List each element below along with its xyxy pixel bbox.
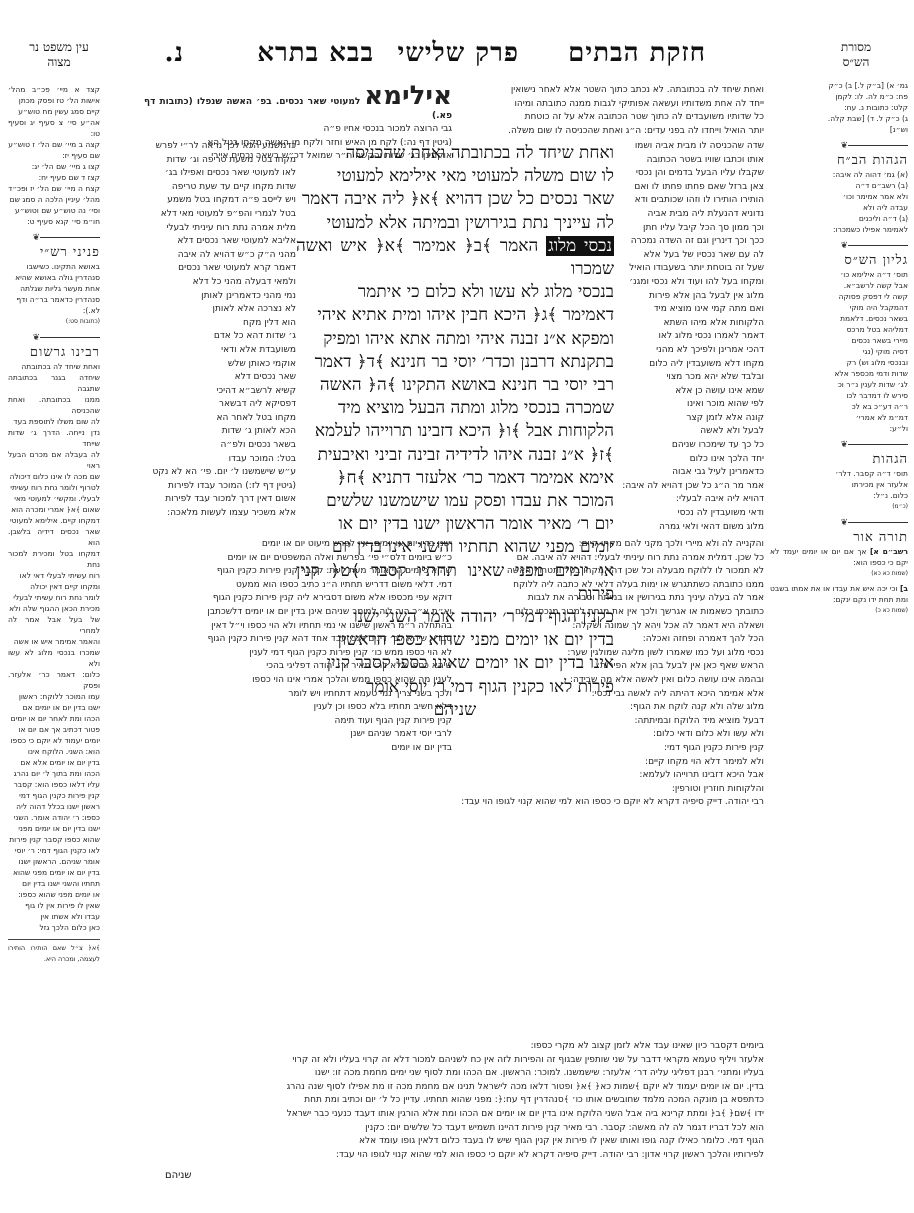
tosafot-line: ג׳ שדות דהא כל אדם: [144, 330, 296, 344]
ein-mishpat-entry: שם סעיף יז:: [8, 150, 100, 161]
gershom-line: עבדו ולא אשתו אין: [8, 911, 100, 922]
tosafot-line: כ״ש ביומים דלס״י פי׳ בפרשת ואלה המשפטים …: [144, 552, 452, 566]
torah-or-entry: רשב״ם א] אך אם יום או יומים יעמד לא יקם …: [770, 546, 908, 579]
tosafot-line: דפסיקא ליה דבשאר: [144, 398, 296, 412]
gemara-line: המוכר את עבדו ופסק עמו שישמשנו שלשים: [296, 490, 614, 513]
habach-entry: (ג) ד״ה וליכנים: [770, 213, 908, 224]
tosafot-line: קנין פירות קנין הגוף ועוד תימה: [144, 715, 452, 729]
rashi-line: כתובתך כשאמות או אגרשך ולכך אין את מנחת …: [454, 606, 764, 620]
penei-rashi-title: פניני רש״י: [8, 247, 100, 258]
rashi-line: אלעזר ויליף טעמא מקראי דדבר על שני שותפי…: [144, 1054, 764, 1068]
rashi-line: הוא לכל דבריו דגמר לה לה מאשה: קסבר. רבי…: [144, 1122, 764, 1136]
divider-ornament-icon: ❦: [770, 518, 908, 528]
rashi-line: דבעל מוציא מיד הלוקח ובמיתתה:: [454, 715, 764, 729]
rashi-line: דאמר לאמרו נכסי מלוג לאו: [618, 330, 764, 344]
rashi-line: כל שכן. דמלית אמרה נתת רוח עיניתי לבעלי:…: [454, 552, 764, 566]
tosafot-lower-block: ישנן בדין יום או יומים. אין לפרש מיעוט י…: [144, 538, 452, 1038]
hagahot-line: תוס׳ ד״ה קסבר. דלר׳: [770, 468, 908, 479]
hagahot-line: אלעזר אין מכירתו: [770, 479, 908, 490]
gershom-line: אומר שניהם. הראשון ישנו: [8, 856, 100, 867]
gershom-line: של בעל אבל אמר לה למחרי: [8, 614, 100, 636]
gershom-line: שהוא כספו קסבר קנין פירות: [8, 834, 100, 845]
gershom-line: הכהו ומת לאחר יום או יומים: [8, 713, 100, 724]
tosafot-line: קשיא לרשב״א דהיכי: [144, 385, 296, 399]
rashi-line: יחד הלכך אינו כלום: [618, 453, 764, 467]
rashi-line: שדה שהכניסה לו מבית אביה ושמו: [618, 140, 764, 154]
rashi-line: ככך וכך דינרין וגם זה השדה נמכרה: [618, 235, 764, 249]
gemara-line: נכסי מלוג האמר ﴾ב﴿ אמימר ﴾א﴿ איש ואשה שמ…: [296, 235, 614, 281]
gershom-line: עליו דלאו כספו הוא: קסבר: [8, 779, 100, 790]
rashi-line: דהויא ליה איבה לבעלי:: [618, 493, 764, 507]
rashi-line: ואחת שיחד לה בכתובתה. לא נכתב כתוך השטר …: [452, 84, 764, 98]
rashi-line: אבל היכא דזבינו תרוייהו לעלמא:: [454, 769, 764, 783]
gershom-line: פטור דכתיב אך אם יום או: [8, 724, 100, 735]
rashi-line: אותו וכתבו שוויו בשטר הכתובה: [618, 154, 764, 168]
tosafot-line: וא״ת א״כ הוה ליה למימר שניהם אינן בדין י…: [144, 606, 452, 620]
tosafot-line: לאו למעוטי שאר נכסים ואפילו בג׳: [144, 167, 296, 181]
rabbeinu-gershom-title: רבינו גרשום: [8, 347, 100, 358]
rashi-line: והלקוחות חוזרין וטורפין:: [454, 783, 764, 797]
gershom-line: שאין לו פירות אין לו גוף: [8, 900, 100, 911]
masoret-entry: גמ׳ א) [ב״ק ל.] ב) כ״ק: [770, 80, 908, 91]
masoret-entry: קלט: כתובות נ. עח:: [770, 102, 908, 113]
footnote-rule: [8, 939, 100, 940]
hagahot: הגהות תוס׳ ד״ה קסבר. דלר׳ אלעזר אין מכיר…: [770, 454, 908, 512]
tosafot-opening: אילימא למעוטי שאר נכסים. בפ׳ האשה שנפלו …: [144, 84, 452, 123]
ein-mishpat-entry: קצו ג מיי׳ שם הל׳ יג:: [8, 161, 100, 172]
ein-mishpat-entry: קצד א מיי׳ פכ״ב מהל׳ אישות הל׳ טז ופסק מ…: [8, 84, 100, 106]
highlighted-phrase: נכסי מלוג: [546, 236, 614, 256]
penei-rashi-line: לא.):: [8, 305, 100, 316]
gilyon-line: סירש לו דמדבר לכו: [770, 390, 908, 401]
divider-ornament-icon: ❦: [770, 141, 908, 151]
divider-ornament-icon: ❦: [8, 233, 100, 243]
rashi-line: הותירו הותירו לו וזהו שכותבים ודא: [618, 194, 764, 208]
rashi-line: מלוג משום דהאי ולאי גמרה: [618, 521, 764, 535]
penei-rashi-source: (כתובות סט:): [8, 316, 100, 327]
gilyon-line: בשאר נכסים. דלאמת: [770, 313, 908, 324]
gershom-line: כספו: ר׳ יהודה אומר. השני: [8, 812, 100, 823]
rashi-line: צאן ברזל שאם פחתו פחתו לו ואם: [618, 181, 764, 195]
habach-entry: לאמימר אפילו כשמכרו:: [770, 224, 908, 235]
ein-mishpat-entry: וסי׳ נה טוש״ע שם וטוש״ע: [8, 205, 100, 216]
gilyon-line: מיירי בשאר נכסים: [770, 335, 908, 346]
rashi-line: בעליו ומתני׳ רבנן דפליגי עליה דר׳ אלעזר:…: [144, 1067, 764, 1081]
gemara-line: דאמימר ﴾ג﴿ היכא חבין איהו ומית אתיא איהי: [296, 304, 614, 327]
tosafot-line: נמי מהני כדאמרינן לאותן: [144, 290, 296, 304]
torah-or-entry: ב] וכי יכה איש את עבדו או את אמתו בשבט ו…: [770, 583, 908, 616]
tosafot-line: לענין מה שהוא כספו ממש והלכך אמרי אינו ה…: [144, 674, 452, 688]
gershom-line: שאר נכסים דידיה בלשבן. הוא: [8, 526, 100, 548]
rashi-line: לבעל ולא לאשה: [618, 425, 764, 439]
rashi-line: שקבלו עליו הבעל בדמים והן נכסי: [618, 167, 764, 181]
gemara-line: לה עייניך נתת בגירושין ובמיתה אלא למעוטי: [296, 212, 614, 235]
gilyon-line: שדות ודמי מכספר אלא: [770, 368, 908, 379]
rashi-line: ייחד לה אחת משדותיו ועשאה אפותיקי לגבות …: [452, 98, 764, 112]
rashi-line: כל שדותיו משועבדים לה כתוך שטר הכתובה אל…: [452, 111, 764, 125]
ein-mishpat-entry: מהל׳ עיניין הלכה ה סמג שם: [8, 194, 100, 205]
gemara-line: רבי יוסי בר חנינא באושא התקינו ﴾ה﴿ האשה: [296, 374, 614, 397]
rashi-line: לא תמכור לו ללוקח מבעלה וכל שכן דהוי מקח…: [454, 565, 764, 579]
hagahot-source: (כ״מ): [770, 501, 908, 512]
gilyon-line: דמליהא בטל מרכס: [770, 324, 908, 335]
tosafot-line: בדין יום או יומים: [144, 742, 452, 756]
ein-mishpat-entry: אה״ע סי׳ צ סעיף יג וסעיף טו:: [8, 117, 100, 139]
gilyon-line: ובנכסי מלוג וש) רק: [770, 357, 908, 368]
gemara-line: ואחת שיחד לה בכתובתה ואחת שהכניסה: [296, 142, 614, 165]
rashi-line: ודאי משועבדין לה נכסי: [618, 507, 764, 521]
tosafot-line: בטל לגמרי והפ״פ למעוטי מאי דלא: [144, 208, 296, 222]
gilyon-hashas: גליון הש״ס תוס׳ ד״ה אילימא כו׳ אבל קשה ל…: [770, 255, 908, 434]
tosafot-line: כדמשמע הכא לכך נראה לר״י לפרש: [144, 140, 296, 154]
rashi-line: קונה אלא לזמן קצר: [618, 412, 764, 426]
rashi-line: ובהמה אינו עושה כלום ואין לאשה אלא מה שב…: [454, 674, 764, 688]
penei-rashi-line: אחת מעשר גליות שגלתה: [8, 283, 100, 294]
gershom-line: ראשון ישנו בכלל דהוה ליה: [8, 801, 100, 812]
rashi-line: לפי שהוא מוכר ואינו: [618, 398, 764, 412]
tosafot-line: דלא חשיב תחתיו בלא כספו וכן לענין: [144, 701, 452, 715]
rashi-line: ואם מתה קמי אינו מוציא מיד: [618, 303, 764, 317]
masoret-entry: וש״נ]: [770, 124, 908, 135]
tosafot-line: דמי. דלאי משום דדריש תחתיו ה״נ כתיב כספו…: [144, 579, 452, 593]
tosafot-line: שיהא כספו אלא לר׳ מאיר ור׳ יהודה דפליגי …: [144, 660, 452, 674]
rabbeinu-gershom: רבינו גרשום ואחת שיחד לה בכתובתה שיחדה ב…: [8, 347, 100, 965]
rashi-line: קנין פירות כקנין הגוף דמי:: [454, 742, 764, 756]
tosafot-opening-word: אילימא: [364, 84, 452, 111]
torah-or-label: ב]: [900, 584, 908, 593]
gemara-line: יום ר׳ מאיר אומר הראשון ישנו בדין יום או: [296, 513, 614, 536]
gershom-line: לטרוף ולומר נחת רוח עשיתי: [8, 482, 100, 493]
gershom-line: רוח עשיתי לבעלי דאי לאו: [8, 570, 100, 581]
gershom-line: נדן נייחה. הדרך ג׳ שדות שייחד: [8, 427, 100, 449]
rashi-line: לה עם שאר נכסיו של בעל אלא: [618, 249, 764, 263]
gershom-line: לה שום משלו לתוספת בעד: [8, 416, 100, 427]
rashi-line: ממנו כתובתה כשתתגרש או ימות בעלה דלאי לא…: [454, 579, 764, 593]
rashi-lower-block: והקנייה לה ולא מיירי ולכך מקני להם מקחו …: [454, 538, 764, 1038]
torah-or-title: תורה אור: [770, 532, 908, 543]
rashi-bottom-block: ביומים דקסבר כיון שאינו עבד אלא לזמן קצו…: [144, 1040, 764, 1162]
tosafot-line: בשאר נכסים ולפ״ה: [144, 439, 296, 453]
gershom-line: שם מכה לו אינו כלום דיכולה: [8, 471, 100, 482]
tosafot-line: ע״ש שישמשנו ל׳ יום. פי׳ הא לא נקט: [144, 466, 296, 480]
rashi-line: הגוף דמי. כלומר כאילו קנה גופו ואותו שאי…: [144, 1135, 764, 1149]
chapter-name: חזקת הבתים: [568, 38, 706, 68]
rashi-line: ומקחו בעל להו ועוד ולא נכסי ומגנ׳: [618, 276, 764, 290]
rashi-line: הכל להך דאמרה ופחזה ואכלה:: [454, 633, 764, 647]
rashi-line: ידו ﴾שם﴿ ﴾ב﴿ ומתת קרינא ביה אבל השני הלו…: [144, 1108, 764, 1122]
tosafot-line: מקחו בטל לאחר הא: [144, 412, 296, 426]
divider-ornament-icon: ❦: [770, 241, 908, 251]
tosafot-line: שדות מקחו קיים עד שעת טריפה: [144, 181, 296, 195]
tosafot-line: לרבי יוסי דאמר שניהם ישנן: [144, 728, 452, 742]
gershom-line: או יומים מפני שהוא כספו:: [8, 889, 100, 900]
tosafot-line: ולכך בשני צריך נמי טעמא דתחתיו ויש לומר: [144, 688, 452, 702]
gershom-line: דמקחו קיים. אילימא למעוטי: [8, 515, 100, 526]
rashi-line: וכך ממון סך הכל קיבל עליו חתן: [618, 222, 764, 236]
gemara-line: בתקנתא דרבנן וכדר׳ יוסי בר חנינא ﴾ד﴿ דאמ…: [296, 351, 614, 374]
gershom-line: כאן כלום הלכך גזל: [8, 922, 100, 933]
penei-rashi-line: סנהדרין גולה באושא שהיא: [8, 272, 100, 283]
gilyon-hashas-title: גליון הש״ס: [770, 255, 908, 266]
tosafot-line: אליבא למעוטי שאר נכסים דלא: [144, 235, 296, 249]
habach-entry: ולא אמר אמימר וכו׳: [770, 191, 908, 202]
gershom-line: בדין יום או יומים אלא אם: [8, 757, 100, 768]
rashi-line: שעל זה בוטחת יותר בשעבודו הואיל: [618, 262, 764, 276]
rashi-line: כדאמרינן לעיל גבי אבוה: [618, 466, 764, 480]
gilyon-line: קשה לי דפסק פסוקה: [770, 291, 908, 302]
tosafot-line: אשום דאין דרך למכור עבד לפירות: [144, 493, 296, 507]
rashi-line: ושאלה היא דאמר לה אכל ויהא לך שמונה ושקל…: [454, 620, 764, 634]
torah-or-source: (שמות כא כא): [770, 568, 908, 579]
tosafot-line: ולמאי דבעלה מהני כל דלא: [144, 276, 296, 290]
rashi-line: אמר לה בעלה עיניך נתת בגירושין או במיתה …: [454, 592, 764, 606]
gershom-footnote: ﴾א﴿ צ״ל שאם הותירו הותירו לעצמה, ומכרה ה…: [8, 943, 100, 965]
rashi-line: לפירותיו והלכך ראשון קרוי אדון: רבי יהוד…: [144, 1149, 764, 1163]
rashi-column: שדה שהכניסה לו מבית אביה ושמו אותו וכתבו…: [618, 140, 764, 535]
masoret-hashas: גמ׳ א) [ב״ק ל.] ב) כ״ק פח: כ״מ לה. לו: ל…: [770, 80, 908, 135]
gershom-line: והאמר אמימר איש או אשה: [8, 636, 100, 647]
ein-mishpat-entry: קצח ה מיי׳ שם הל׳ יז ופכ״ד: [8, 183, 100, 194]
rashi-line: הלקוחות אלא מיהו השתא: [618, 317, 764, 331]
hagahot-line: כלום. נ״ל:: [770, 490, 908, 501]
gershom-line: מכירת הכאן ההגוף שלה ולא: [8, 603, 100, 614]
tractate-name: בבא בתרא: [257, 38, 374, 68]
tosafot-line: משועבדת אלא ודאי: [144, 344, 296, 358]
gershom-line: ומקחו קיים דאין יכולה: [8, 581, 100, 592]
masoret-entry: פח: כ״מ לה. לו: לקמן: [770, 91, 908, 102]
gemara-line: שאר נכסים כל שכן דהויא ﴾א﴿ ליה איבה דאמר: [296, 188, 614, 211]
torah-or: תורה אור רשב״ם א] אך אם יום או יומים יעמ…: [770, 532, 908, 616]
gershom-line: דמקחו בטל ומכירת למכור נחת: [8, 548, 100, 570]
gershom-line: הוא: השני. הלוקח אינו: [8, 746, 100, 757]
tosafot-line: בהתחלה ר״מ ראשון שישנו אי נמי תחתיו ולא …: [144, 620, 452, 634]
rashi-line: ולא למימר דלא הוי מקחו קיים:: [454, 756, 764, 770]
right-margin-column: גמ׳ א) [ב״ק ל.] ב) כ״ק פח: כ״מ לה. לו: ל…: [770, 80, 908, 680]
gershom-line: ממנו בכתובתה. ואחת שהכניסה: [8, 394, 100, 416]
rashi-line: כל כך עד שימכרו שניהם: [618, 439, 764, 453]
gershom-line: הכהו ומת בתוך ל׳ יום נהרג: [8, 768, 100, 779]
torah-or-verse: וכי יכה איש את עבדו או את אמתו בשבט ומת …: [770, 584, 908, 604]
gershom-line: כלום: דאמר כר׳ אלעזר. ופסק: [8, 669, 100, 691]
gershom-line: ואחת שיחד לה בכתובתה: [8, 361, 100, 372]
ein-mishpat-entry: קצה ב מיי׳ שם הל׳ ז טוש״ע: [8, 139, 100, 150]
rashi-line: ובלבד שלא יהא מכר מצוי: [618, 371, 764, 385]
gilyon-line: ר״ה דע״כ בא לכ: [770, 401, 908, 412]
gershom-line: עמו המוכר ללוקח: ראשון: [8, 691, 100, 702]
tosafot-line: ישנן בדין יום או יומים. אין לפרש מיעוט י…: [144, 538, 452, 552]
tosafot-line: גבי הרוצה למכור בנכסי אחיו פ״ה: [144, 123, 452, 137]
gemara-line: ﴾ז﴿ א״נ זבנה איהו לדידיה זבינה זביני ואי…: [296, 444, 614, 467]
masoret-hashas-header: מסורת הש״ס: [826, 40, 886, 70]
tosafot-line: שאר נכסים דלא: [144, 371, 296, 385]
tosafot-line: ויש לייסב פ״ה דמקחו בטל משמע: [144, 194, 296, 208]
penei-rashi-line: באושא התקינו. כשישבו: [8, 261, 100, 272]
ein-mishpat-header: עין משפט נר מצוה: [29, 40, 89, 70]
hagahot-habach-title: הגהות הב״ח: [770, 155, 908, 166]
hagahot-title: הגהות: [770, 454, 908, 465]
gilyon-line: ול״ע:: [770, 423, 908, 434]
rashi-line: הראש שאף כאן אין לבעל בהן אלא הפירות:: [454, 660, 764, 674]
gershom-line: ישנו בדין יום או יומים אם: [8, 702, 100, 713]
gershom-line: לאו כקנין הגוף דמי: ר׳ יוסי: [8, 845, 100, 856]
ein-mishpat-entry: חו״מ סי׳ קנא סעיף ט:: [8, 216, 100, 227]
ein-mishpat: קצד א מיי׳ פכ״ב מהל׳ אישות הל׳ טז ופסק מ…: [8, 84, 100, 227]
rashi-line: יותר הואיל וייחדו לה בפני עדים: ה״ג ואחת…: [452, 125, 764, 139]
gilyon-line: דמ״מ לא אמרי׳: [770, 412, 908, 423]
tosafot-line: דוקא עפי מכספו אלא משום דסבירא ליה קנין …: [144, 592, 452, 606]
tosafot-line: שהוא כיומים הוי אומר מעת לעת: קסבר קנין …: [144, 565, 452, 579]
rashi-line: מלוג אין לבעל בהן אלא פירות: [618, 290, 764, 304]
tosafot-line: אלא משכיר עצמו לעשות מלאכה:: [144, 507, 296, 521]
rashi-line: ולא עשו ולא כלום ודאי כלום:: [454, 728, 764, 742]
catchword: שניהם: [165, 1170, 192, 1181]
tosafot-line: הכא לאותן ג׳ שדות: [144, 425, 296, 439]
gershom-line: לה בעבלה אם מכרם הבעל ראוי: [8, 449, 100, 471]
rashi-top-block: ואחת שיחד לה בכתובתה. לא נכתב כתוך השטר …: [452, 84, 764, 138]
rashi-line: אמר מר ה״ג כל שכן דהויא לה איבה:: [618, 480, 764, 494]
gershom-line: לומר נחת רוח עשיתי לבעלי: [8, 592, 100, 603]
tosafot-line: מקחו בטל משעת טריפה וג׳ שדות: [144, 154, 296, 168]
tosafot-line: דאמר קרא למעוטי שאר נכסים: [144, 262, 296, 276]
torah-or-source: (שמות כא כ): [770, 605, 908, 616]
gershom-line: שיחדה בגנר בכתובתה שתגבה: [8, 372, 100, 394]
rashi-line: רבי יהודה. דייק סיפיה דקרא לא יוקם כי כס…: [454, 796, 764, 810]
tosafot-line: (גיטין דף לז:) המוכר עבדו לפירות: [144, 480, 296, 494]
rashi-line: בדין. יום או יומים יעמוד לא יוקם ﴾שמות כ…: [144, 1081, 764, 1095]
rashi-line: מקחו דלא משועבדין ליה כלום: [618, 358, 764, 372]
gershom-line: בדין יום או יומים מפני שהוא: [8, 867, 100, 878]
gershom-line: שמכרו בנכסי מלוג לא עשו ולא: [8, 647, 100, 669]
tosafot-line: מלית אמרה נתת רוח עיניתי לבעלי: [144, 222, 296, 236]
torah-or-label: רשב״ם א]: [870, 547, 908, 556]
rashi-line: מלוג שלה ולא קנה לוקח את הגוף:: [454, 701, 764, 715]
gilyon-line: תוס׳ ד״ה אילימא כו׳: [770, 269, 908, 280]
masoret-entry: ג) כ״ק ל. ד) [שבת קלה.: [770, 113, 908, 124]
ein-mishpat-entry: קיים סמג עשין מח טוש״ע: [8, 106, 100, 117]
habach-entry: (ב) רשב״ם ד״ה: [770, 180, 908, 191]
gershom-line: ישנו בדין יום או יומים מפני: [8, 823, 100, 834]
gemara-line: הלקוחות אבל ﴾ו﴿ היכא דזבינו תרוייהו לעלמ…: [296, 420, 614, 443]
divider-ornament-icon: ❦: [770, 440, 908, 450]
left-margin-column: קצד א מיי׳ פכ״ב מהל׳ אישות הל׳ טז ופסק מ…: [8, 84, 100, 1174]
rashi-line: אלא אמימר היכא דהיתה ליה לאשה גבי נכסי:: [454, 688, 764, 702]
rashi-line: שמא אינו עושה כן אלא: [618, 385, 764, 399]
rashi-line: והקנייה לה ולא מיירי ולכך מקני להם מקחו …: [454, 538, 764, 552]
gilyon-line: אבל קשה לרשב״א.: [770, 280, 908, 291]
penei-rashi-line: סנהדרין כדאמר בר״ה ודף: [8, 294, 100, 305]
gershom-line: לבעלי. ומקשי׳ למעוטי מאי: [8, 493, 100, 504]
rashi-line: כדתפסא בן מונקה המכה מלמד שחובשים אותו כ…: [144, 1094, 764, 1108]
gemara-line: לו שום משלה למעוטי מאי אילימא למעוטי: [296, 165, 614, 188]
gershom-line: קנין פירות כקנין הגוף דמי: [8, 790, 100, 801]
ein-mishpat-entry: קצז ד שם סעיף יח:: [8, 172, 100, 183]
gilyon-line: דסיה מוקי (נגי: [770, 346, 908, 357]
gershom-line: יומים יעמוד לא יוקם כי כספו: [8, 735, 100, 746]
gemara-line: אימא אמימר דאמר כר׳ אלעזר דתניא ﴾ח﴿: [296, 467, 614, 490]
gershom-line: שאום ﴾א﴿ אמרי ומכרה הוא: [8, 504, 100, 515]
tosafot-line: בטל: המוכר עבדו: [144, 453, 296, 467]
divider-ornament-icon: ❦: [8, 333, 100, 343]
tosafot-line: סברא שיהא לב׳ דינים לגבי עבד אחד דהא קני…: [144, 633, 452, 647]
gemara-line: בנכסי מלוג לא עשו ולא כלום כי איתמר: [296, 281, 614, 304]
folio-number: נ.: [164, 38, 184, 68]
rashi-line: נכסי מלוג ועל כמו שאמרו לשון מליגה שמולג…: [454, 647, 764, 661]
gilyon-line: דהמקבל היה מוקי: [770, 302, 908, 313]
tosafot-line: הוא דלין מקח: [144, 317, 296, 331]
penei-rashi: פניני רש״י באושא התקינו. כשישבו סנהדרין …: [8, 247, 100, 327]
habach-entry: עבדה ליה ולא: [770, 202, 908, 213]
tosafot-line: לא נצרכה אלא לאותן: [144, 303, 296, 317]
gershom-line: תחתיו והשני ישנו בדין יום: [8, 878, 100, 889]
gemara-line: שמכרה בנכסי מלוג ומתה הבעל מוציא מיד: [296, 397, 614, 420]
chapter-number: פרק שלישי: [398, 38, 520, 68]
tosafot-line: אוקמי כאותן שלש: [144, 358, 296, 372]
tosafot-column: כדמשמע הכא לכך נראה לר״י לפרש מקחו בטל מ…: [144, 140, 296, 535]
habach-entry: (א) גמ׳ דהוה לה איבה:: [770, 169, 908, 180]
rashi-line: ביומים דקסבר כיון שאינו עבד אלא לזמן קצו…: [144, 1040, 764, 1054]
gemara-line: ומפקא א״נ זבנה איהי ומתה אתא איהו ומפיק: [296, 328, 614, 351]
gilyon-line: לג׳ שדות לענין נ״ר וכ: [770, 379, 908, 390]
hagahot-habach: הגהות הב״ח (א) גמ׳ דהוה לה איבה: (ב) רשב…: [770, 155, 908, 235]
tosafot-line: לא הוי כספו ממש כו׳ קנין פירות כקנין הגו…: [144, 647, 452, 661]
tosafot-line: מהני ה״ק כ״ש דהויא לה איבה: [144, 249, 296, 263]
rashi-line: דהכי אמרינן ולפיכך לא מהני: [618, 344, 764, 358]
rashi-line: נדוניא דהנעלת ליה מבית אביה: [618, 208, 764, 222]
